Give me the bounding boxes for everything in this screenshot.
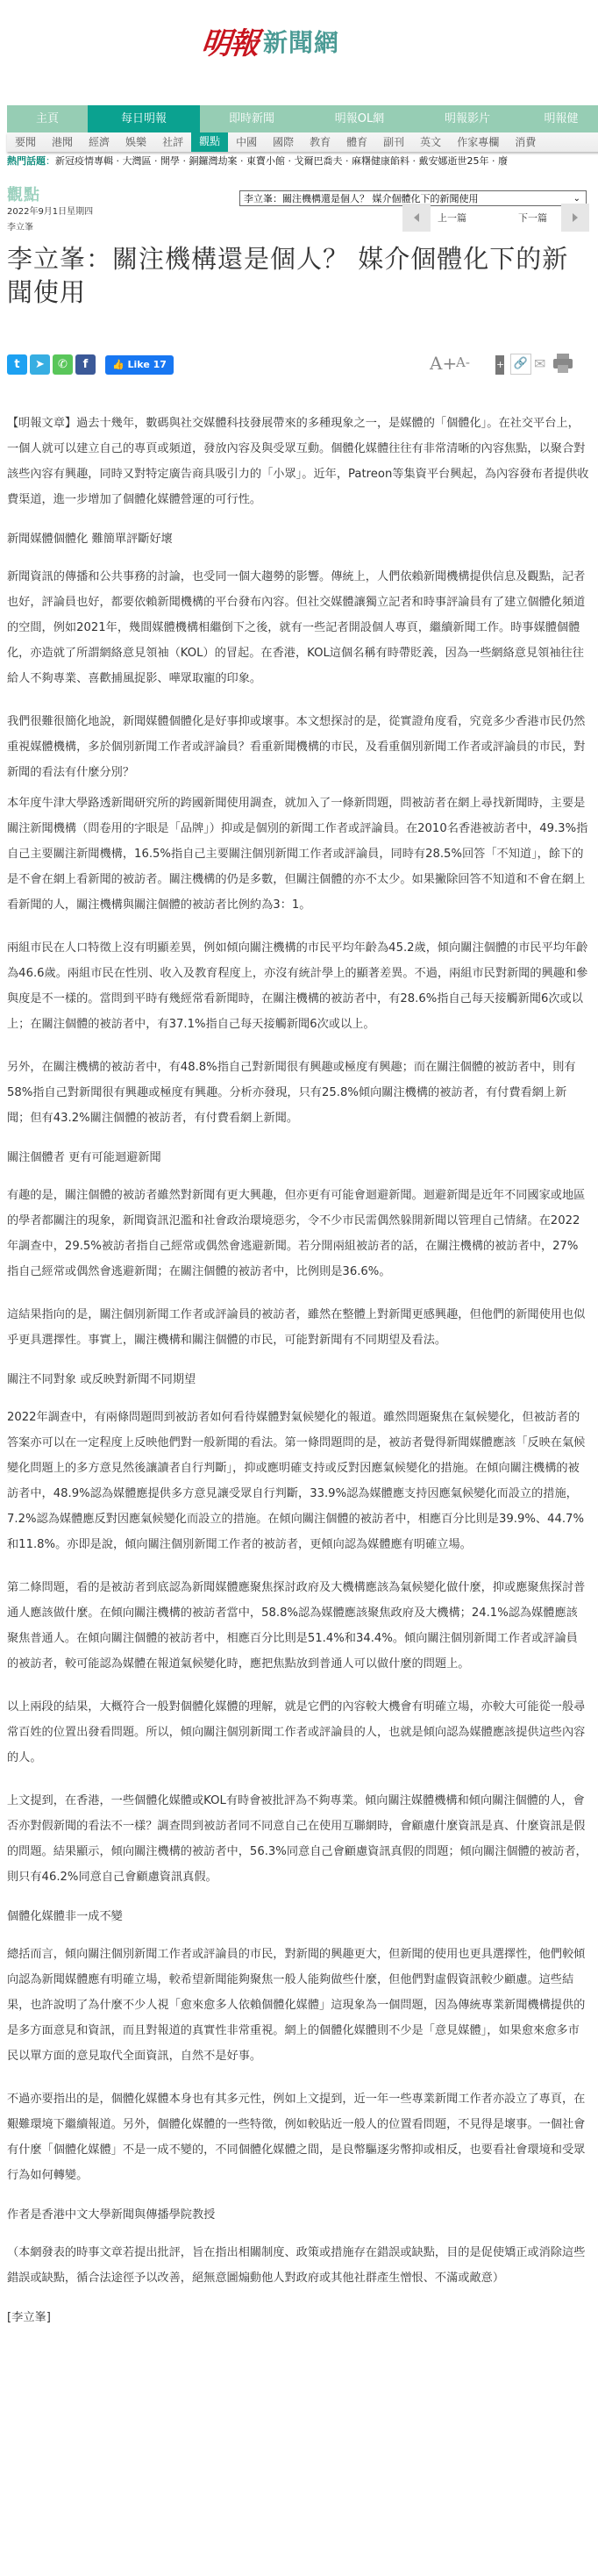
- copy-link-icon[interactable]: 🔗: [510, 354, 531, 375]
- share-bar: t➤✆f 👍 Like 17: [7, 354, 174, 375]
- telegram-icon: ➤: [35, 358, 45, 371]
- prev-article-button[interactable]: [402, 204, 431, 232]
- top-nav-tab[interactable]: 明報健: [519, 105, 598, 132]
- article-paragraph: 以上兩段的結果，大概符合一般對個體化媒體的理解，就是它們的內容較大機會有明確立場…: [7, 1694, 589, 1771]
- top-nav-tab[interactable]: 即時新聞: [200, 105, 303, 132]
- arrow-right-icon: [573, 213, 578, 222]
- font-decrease-button[interactable]: A-: [456, 354, 470, 370]
- twitter-share-button[interactable]: t: [7, 354, 27, 375]
- hot-topic-link[interactable]: 大灣區: [123, 155, 152, 167]
- whatsapp-share-button[interactable]: ✆: [53, 354, 73, 375]
- top-nav-tab[interactable]: 明報影片: [416, 105, 519, 132]
- facebook-share-button[interactable]: f: [75, 354, 96, 375]
- like-label: Like 17: [128, 359, 167, 370]
- section-nav: 要聞港聞經濟娛樂社評觀點中國國際教育體育副刊英文作家專欄消費: [7, 132, 598, 152]
- bookmark-add-icon[interactable]: +: [495, 355, 504, 375]
- font-increase-button[interactable]: A+: [430, 353, 457, 374]
- hot-topic-link[interactable]: 廢: [498, 155, 508, 167]
- article-subheading: 新聞媒體個體化 難簡單評斷好壞: [7, 530, 589, 549]
- article-paragraph: 我們很難很簡化地說，新聞媒體個體化是好事抑或壞事。本文想探討的是，從實證角度看，…: [7, 709, 589, 785]
- article-paragraph: 第二條問題，看的是被訪者到底認為新聞媒體應聚焦探討政府及大機構應該為氣候變化做什…: [7, 1575, 589, 1677]
- next-article-link[interactable]: 下一篇: [518, 211, 547, 225]
- author-name[interactable]: 李立峯: [7, 219, 33, 233]
- prev-article-link[interactable]: 上一篇: [438, 211, 466, 225]
- logo-mingpao: 明報: [199, 19, 260, 62]
- article-paragraph: （本網發表的時事文章若提出批評，旨在指出相關制度、政策或措施存在錯誤或缺點，目的…: [7, 2240, 589, 2291]
- hot-topics-ticker: 熱門話題：新冠疫情專輯 · 大灣區 · 開學 · 銅鑼灣劫案 · 東寶小館 · …: [7, 154, 598, 168]
- twitter-icon: t: [14, 358, 19, 371]
- hot-topic-link[interactable]: 東寶小館: [246, 155, 285, 167]
- section-nav-tab[interactable]: 體育: [338, 132, 375, 152]
- section-nav-tab[interactable]: 國際: [265, 132, 302, 152]
- article-headline: 李立峯：關注機構還是個人？ 媒介個體化下的新聞使用: [7, 242, 586, 309]
- article-paragraph: 【明報文章】過去十幾年，數碼與社交媒體科技發展帶來的多種現象之一，是媒體的「個體…: [7, 411, 589, 512]
- print-icon[interactable]: [553, 354, 573, 375]
- article-paragraph: 另外，在關注機構的被訪者中，有48.8%指自己對新聞很有興趣或極度有興趣；而在關…: [7, 1055, 589, 1131]
- article-paragraph: 不過亦要指出的是，個體化媒體本身也有其多元性，例如上文提到，近一年一些專業新聞工…: [7, 2086, 589, 2188]
- section-nav-tab[interactable]: 作家專欄: [449, 132, 507, 152]
- section-nav-tab[interactable]: 消費: [507, 132, 544, 152]
- hot-topic-link[interactable]: 新冠疫情專輯: [55, 155, 113, 167]
- section-nav-tab[interactable]: 觀點: [191, 132, 228, 152]
- top-nav-tab[interactable]: 明報OL網: [303, 105, 416, 132]
- section-nav-tab[interactable]: 中國: [228, 132, 265, 152]
- article-pager: 上一篇 下一篇: [402, 204, 589, 232]
- arrow-left-icon: [414, 213, 419, 222]
- article-paragraph: 有趣的是，關注個體的被訪者雖然對新聞有更大興趣，但亦更有可能會迴避新聞。迴避新聞…: [7, 1183, 589, 1284]
- hot-topic-link[interactable]: 開學: [160, 155, 180, 167]
- article-body: 【明報文章】過去十幾年，數碼與社交媒體科技發展帶來的多種現象之一，是媒體的「個體…: [7, 411, 589, 2343]
- hot-topic-link[interactable]: 戴安娜逝世25年: [419, 155, 489, 167]
- article-paragraph: 總括而言，傾向關注個別新聞工作者或評論員的市民，對新聞的興趣更大，但新聞的使用也…: [7, 1942, 589, 2069]
- logo-news-site: 新聞網: [263, 24, 339, 59]
- article-tools: A+ A- + 🔗 ✉: [428, 354, 586, 378]
- site-header: 明報 新聞網: [0, 0, 598, 97]
- section-title: 觀點: [7, 182, 40, 205]
- article-subheading: 關注個體者 更有可能迴避新聞: [7, 1148, 589, 1168]
- article-paragraph: 上文提到，在香港，一些個體化媒體或KOL有時會被批評為不夠專業。傾向關注媒體機構…: [7, 1788, 589, 1890]
- telegram-share-button[interactable]: ➤: [30, 354, 50, 375]
- article-paragraph: 2022年調查中，有兩條問題問到被訪者如何看待媒體對氣候變化的報道。雖然問題聚焦…: [7, 1405, 589, 1557]
- hot-topic-link[interactable]: 銅鑼灣劫案: [189, 155, 238, 167]
- hot-topic-link[interactable]: 戈爾巴喬夫: [295, 155, 343, 167]
- article-subheading: 個體化媒體非一成不變: [7, 1907, 589, 1927]
- site-logo[interactable]: 明報 新聞網: [202, 19, 339, 62]
- email-icon[interactable]: ✉: [534, 355, 545, 372]
- next-article-button[interactable]: [561, 204, 589, 232]
- article-subheading: 關注不同對象 或反映對新聞不同期望: [7, 1370, 589, 1390]
- publish-date: 2022年9月1日星期四: [7, 204, 93, 217]
- top-nav: 主頁每日明報即時新聞明報OL網明報影片明報健: [7, 105, 598, 132]
- section-nav-tab[interactable]: 要聞: [7, 132, 44, 152]
- section-nav-tab[interactable]: 港聞: [44, 132, 81, 152]
- section-nav-tab[interactable]: 社評: [154, 132, 191, 152]
- hot-topics-label: 熱門話題: [7, 155, 46, 167]
- section-nav-tab[interactable]: 教育: [302, 132, 338, 152]
- article-paragraph: 新聞資訊的傳播和公共事務的討論，也受同一個大趨勢的影響。傳統上，人們依賴新聞機構…: [7, 564, 589, 691]
- article-subheading: 作者是香港中文大學新聞與傳播學院教授: [7, 2206, 589, 2225]
- section-nav-tab[interactable]: 經濟: [81, 132, 117, 152]
- whatsapp-icon: ✆: [58, 358, 68, 371]
- section-nav-tab[interactable]: 副刊: [375, 132, 412, 152]
- article-subheading: [李立峯]: [7, 2308, 589, 2328]
- hot-topic-link[interactable]: 麻糬健康餡料: [352, 155, 409, 167]
- article-paragraph: 兩組市民在人口特徵上沒有明顯差異，例如傾向關注機構的市民平均年齡為45.2歲，傾…: [7, 935, 589, 1037]
- top-nav-tab[interactable]: 主頁: [7, 105, 88, 132]
- facebook-icon: f: [83, 358, 89, 371]
- facebook-like-button[interactable]: 👍 Like 17: [105, 355, 174, 375]
- top-nav-tab[interactable]: 每日明報: [88, 105, 200, 132]
- section-nav-tab[interactable]: 娛樂: [117, 132, 154, 152]
- article-paragraph: 這結果指向的是，關注個別新聞工作者或評論員的被訪者，雖然在整體上對新聞更感興趣，…: [7, 1302, 589, 1353]
- article-paragraph: 本年度牛津大學路透新聞研究所的跨國新聞使用調查，就加入了一條新問題，問被訪者在網…: [7, 791, 589, 918]
- section-nav-tab[interactable]: 英文: [412, 132, 449, 152]
